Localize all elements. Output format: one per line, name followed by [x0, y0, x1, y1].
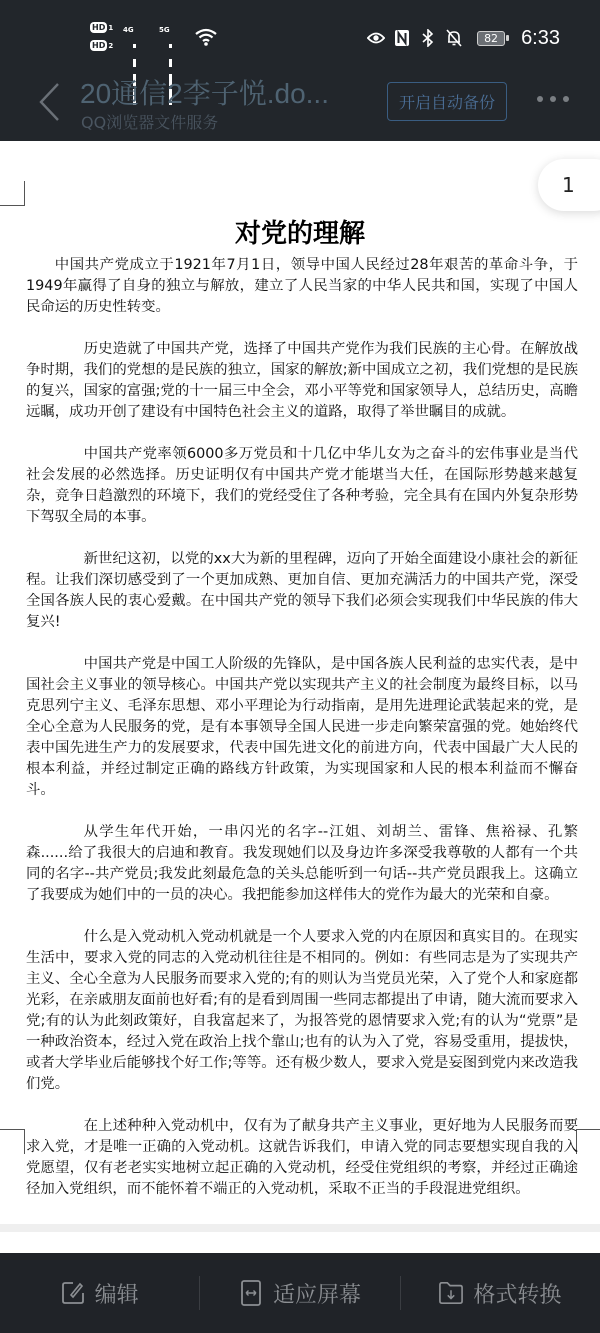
sim-indicators: HD1 HD2 — [90, 22, 120, 56]
format-convert-button[interactable]: 格式转换 — [401, 1273, 600, 1313]
paragraph: 新世纪这初，以党的xx大为新的里程碑，迈向了开始全面建设小康社会的新征程。让我们… — [26, 549, 578, 633]
more-dot-icon — [550, 96, 556, 102]
auto-backup-button[interactable]: 开启自动备份 — [387, 82, 507, 121]
file-title: 20通信2李子悦.do... — [80, 72, 329, 112]
back-button[interactable] — [36, 82, 64, 122]
document-viewer[interactable]: 1 对党的理解 中国共产党成立于1921年7月1日，领导中国人民经过28年艰苦的… — [0, 141, 600, 1224]
more-dot-icon — [563, 96, 569, 102]
more-dot-icon — [537, 96, 543, 102]
page-corner-mark — [0, 181, 25, 206]
fit-screen-label: 适应屏幕 — [273, 1278, 361, 1309]
paragraph: 从学生年代开始，一串闪光的名字--江姐、刘胡兰、雷锋、焦裕禄、孔繁森......… — [26, 822, 578, 906]
bottom-toolbar: 编辑 适应屏幕 格式转换 — [0, 1253, 600, 1333]
hd-sim1-icon: HD1 — [90, 22, 118, 35]
page-corner-mark — [0, 1129, 25, 1154]
page-separator — [0, 1224, 600, 1232]
paragraph: 中国共产党成立于1921年7月1日，领导中国人民经过28年艰苦的革命斗争，于19… — [26, 255, 578, 318]
paragraph: 中国共产党是中国工人阶级的先锋队，是中国各族人民利益的忠实代表，是中国社会主义事… — [26, 654, 578, 801]
paragraph: 历史造就了中国共产党，选择了中国共产党作为我们民族的主心骨。在解放战争时期，我们… — [26, 339, 578, 423]
status-bar: HD1 HD2 4G 5G — [0, 0, 600, 70]
page-corner-mark — [576, 1129, 600, 1154]
bluetooth-icon — [419, 29, 437, 47]
nfc-icon — [393, 29, 411, 47]
paragraph: 在上述种种入党动机中，仅有为了献身共产主义事业，更好地为人民服务而要求入党，才是… — [26, 1116, 578, 1200]
eye-icon — [367, 29, 385, 47]
battery-icon: 82 — [477, 31, 505, 46]
more-options-button[interactable] — [537, 96, 569, 102]
fit-screen-button[interactable]: 适应屏幕 — [200, 1273, 399, 1313]
document-title: 对党的理解 — [0, 213, 600, 250]
edit-label: 编辑 — [95, 1278, 139, 1309]
paragraph: 什么是入党动机入党动机就是一个人要求入党的内在原因和真实目的。在现实生活中，要求… — [26, 927, 578, 1095]
edit-button[interactable]: 编辑 — [0, 1273, 199, 1313]
document-body: 中国共产党成立于1921年7月1日，领导中国人民经过28年艰苦的革命斗争，于19… — [26, 255, 578, 1221]
status-right-icons: 82 6:33 — [367, 25, 560, 51]
page-number-badge[interactable]: 1 — [538, 159, 600, 211]
hd-sim2-icon: HD2 — [90, 40, 118, 53]
bell-off-icon — [445, 29, 463, 47]
clock: 6:33 — [521, 27, 560, 50]
fit-screen-icon — [239, 1280, 263, 1306]
edit-icon — [61, 1280, 85, 1306]
format-convert-icon — [439, 1280, 463, 1306]
format-convert-label: 格式转换 — [473, 1278, 561, 1309]
top-bar: HD1 HD2 4G 5G — [0, 0, 600, 141]
file-source: QQ浏览器文件服务 — [81, 110, 218, 133]
paragraph: 中国共产党率领6000多万党员和十几亿中华儿女为之奋斗的宏伟事业是当代社会发展的… — [26, 444, 578, 528]
chevron-left-icon — [36, 82, 64, 122]
wifi-icon — [194, 27, 218, 47]
